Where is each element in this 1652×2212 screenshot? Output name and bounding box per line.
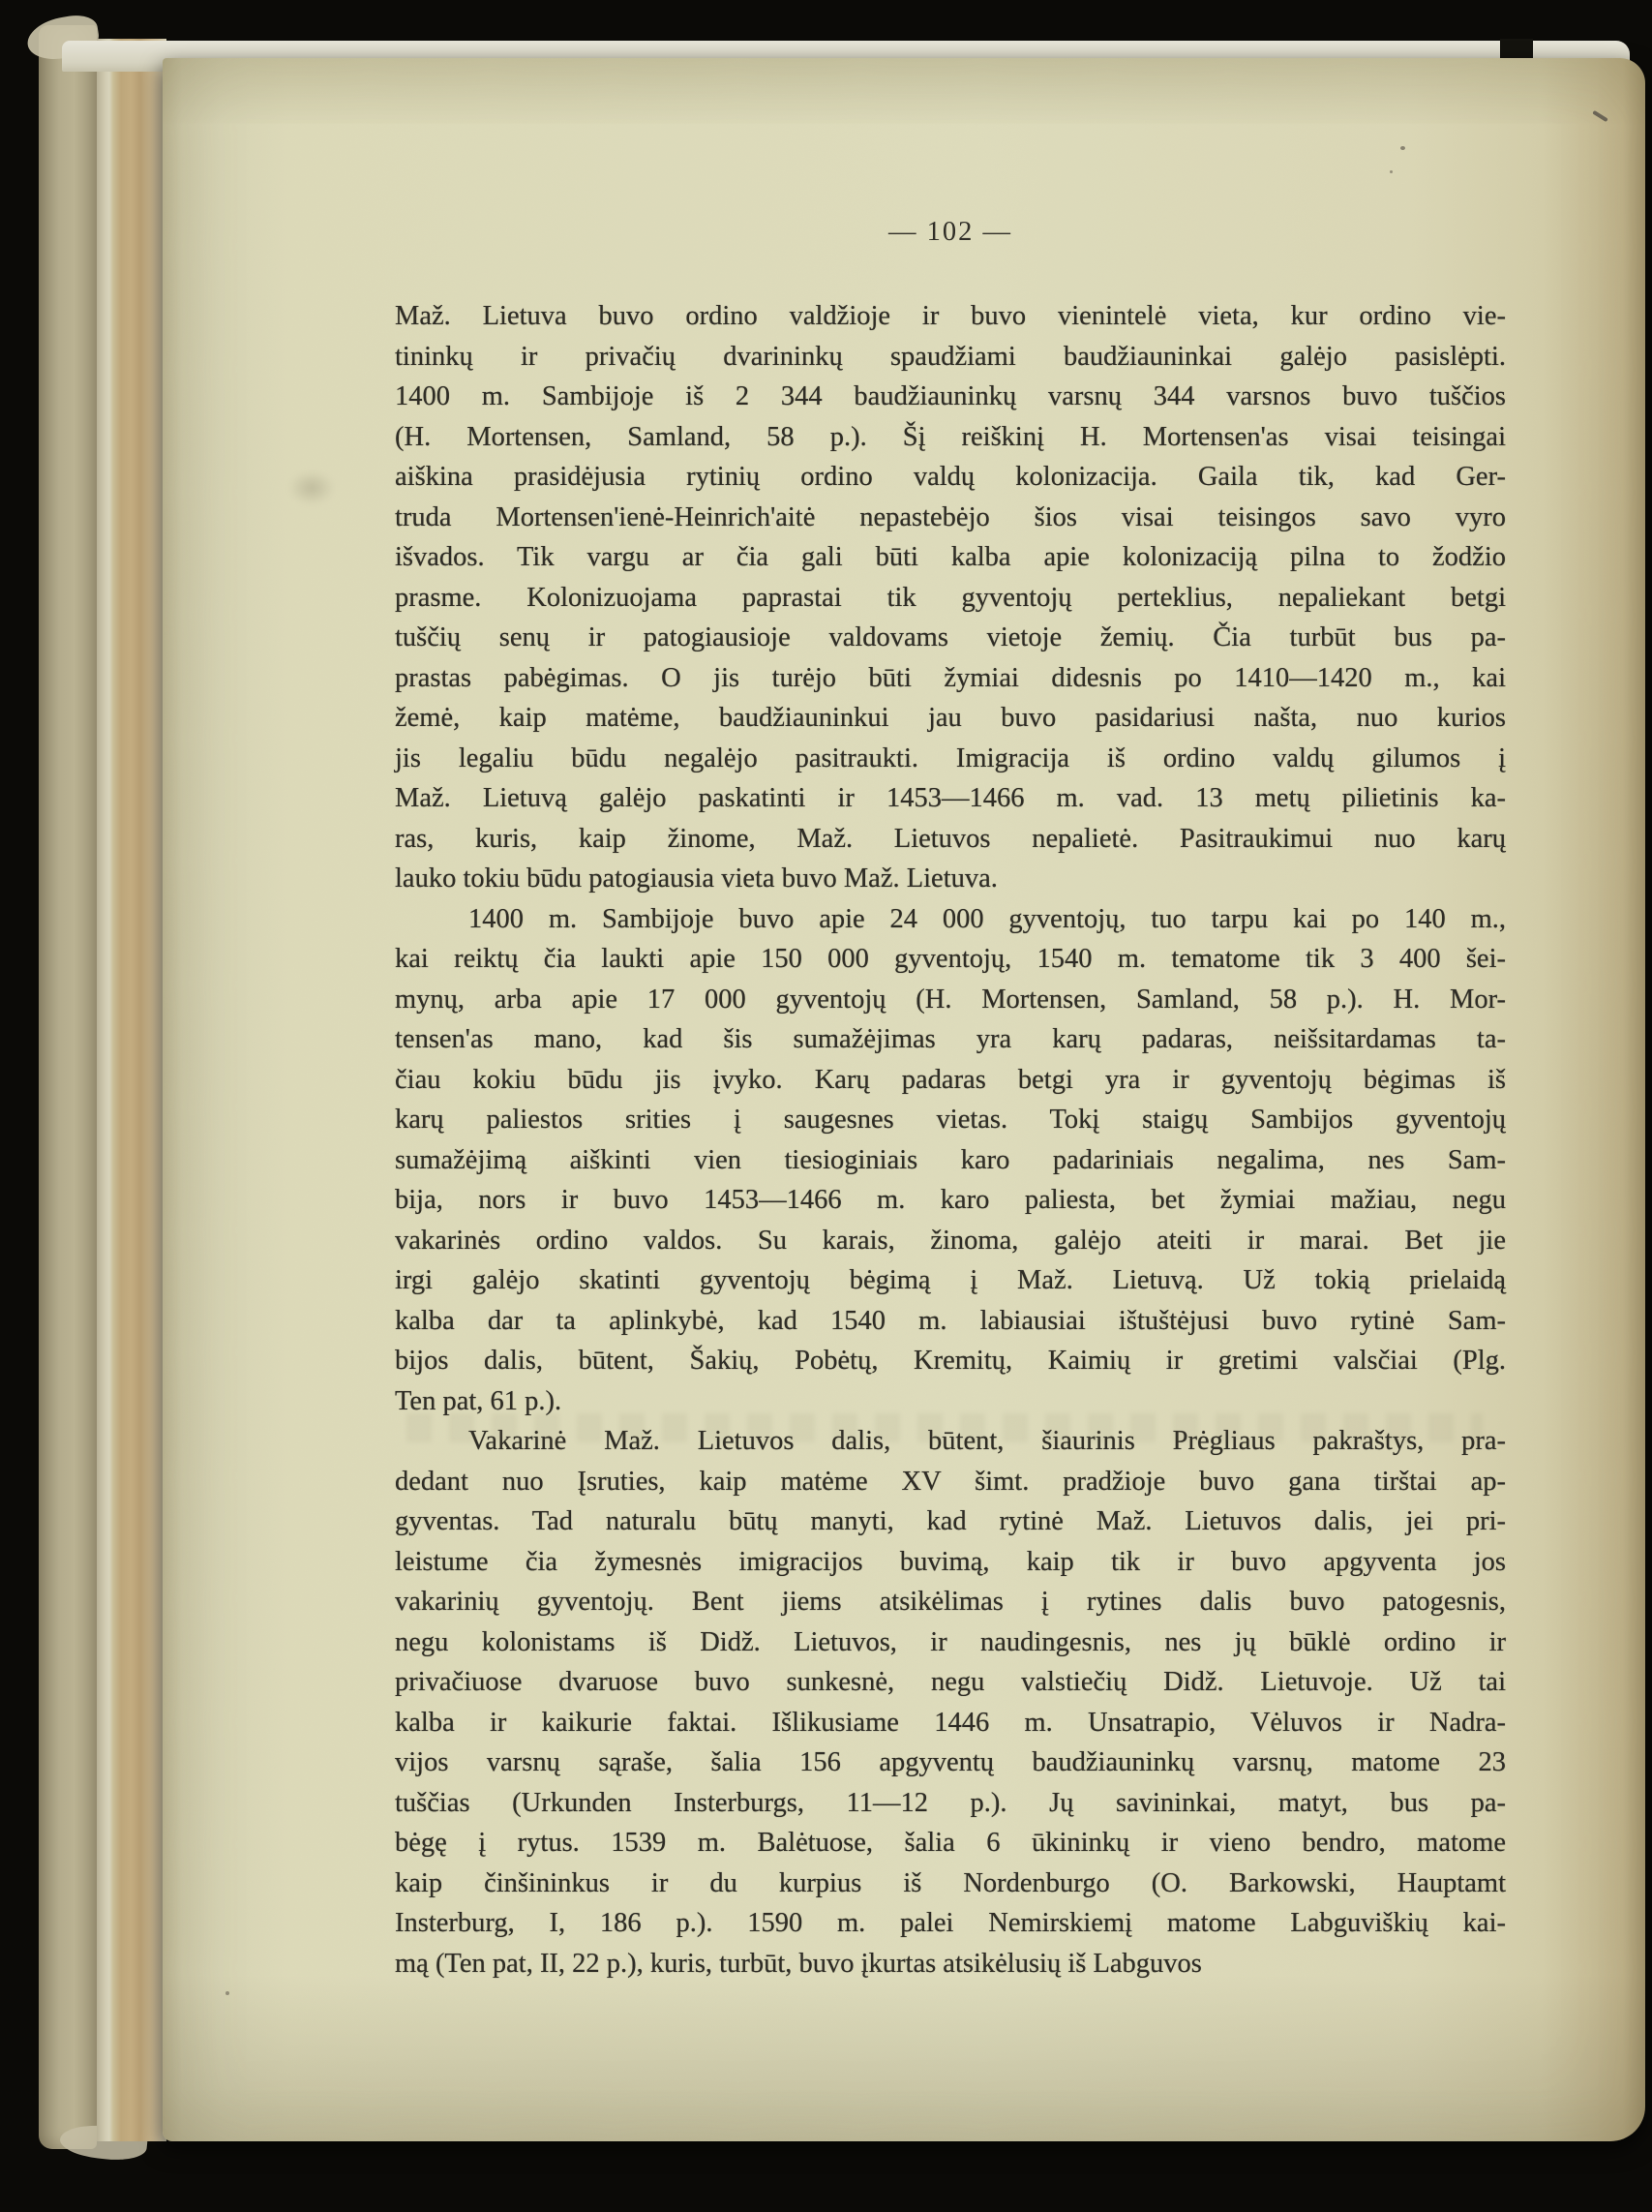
text-line: kalba ir kaikurie faktai. Išlikusiame 14… bbox=[395, 1703, 1506, 1743]
text-line: lauko tokiu būdu patogiausia vieta buvo … bbox=[395, 859, 1506, 899]
text-line: tensen'as mano, kad šis sumažėjimas yra … bbox=[395, 1019, 1506, 1060]
book-scan: { "page": { "number": "— 102 —", "lines"… bbox=[0, 0, 1652, 2212]
book-cover-edge bbox=[39, 25, 97, 2149]
text-line: vakarinės ordino valdos. Su karais, žino… bbox=[395, 1221, 1506, 1261]
text-line: Insterburg, I, 186 p.). 1590 m. palei Ne… bbox=[395, 1903, 1506, 1944]
text-line: aiškina prasidėjusia rytinių ordino vald… bbox=[395, 457, 1506, 498]
text-line: gyventas. Tad naturalu būtų manyti, kad … bbox=[395, 1501, 1506, 1542]
text-line: mynų, arba apie 17 000 gyventojų (H. Mor… bbox=[395, 980, 1506, 1020]
text-line: vakarinių gyventojų. Bent jiems atsikėli… bbox=[395, 1582, 1506, 1622]
text-line: jis legaliu būdu negalėjo pasitraukti. I… bbox=[395, 739, 1506, 779]
text-line: žemė, kaip matėme, baudžiauninkui jau bu… bbox=[395, 698, 1506, 739]
text-line: sumažėjimą aiškinti vien tiesioginiais k… bbox=[395, 1140, 1506, 1181]
text-line: irgi galėjo skatinti gyventojų bėgimą į … bbox=[395, 1260, 1506, 1301]
text-line: privačiuose dvaruose buvo sunkesnė, negu… bbox=[395, 1662, 1506, 1703]
text-line: 1400 m. Sambijoje buvo apie 24 000 gyven… bbox=[395, 899, 1506, 940]
text-line: bijos dalis, būtent, Šakių, Pobėtų, Krem… bbox=[395, 1341, 1506, 1381]
book-page: — 102 — Maž. Lietuva buvo ordino valdžio… bbox=[163, 58, 1645, 2141]
text-line: tuščių senų ir patogiausioje valdovams v… bbox=[395, 618, 1506, 658]
text-line: bija, nors ir buvo 1453—1466 m. karo pal… bbox=[395, 1180, 1506, 1221]
text-line: truda Mortensen'ienė-Heinrich'aitė nepas… bbox=[395, 498, 1506, 538]
text-line: ras, kuris, kaip žinome, Maž. Lietuvos n… bbox=[395, 819, 1506, 860]
text-line: 1400 m. Sambijoje iš 2 344 baudžiauninkų… bbox=[395, 377, 1506, 417]
paper-speck bbox=[1390, 170, 1393, 173]
paper-smudge bbox=[288, 470, 335, 505]
text-line: kaip činšininkus ir du kurpius iš Norden… bbox=[395, 1864, 1506, 1904]
text-line: tininkų ir privačių dvarininkų spaudžiam… bbox=[395, 337, 1506, 378]
page-text: Maž. Lietuva buvo ordino valdžioje ir bu… bbox=[395, 296, 1506, 1984]
text-line: išvados. Tik vargu ar čia gali būti kalb… bbox=[395, 537, 1506, 578]
text-line: leistume čia žymesnės imigracijos buvimą… bbox=[395, 1542, 1506, 1583]
text-line: Maž. Lietuvą galėjo paskatinti ir 1453—1… bbox=[395, 778, 1506, 819]
text-line: čiau kokiu būdu jis įvyko. Karų padaras … bbox=[395, 1060, 1506, 1101]
text-line: kai reiktų čia laukti apie 150 000 gyven… bbox=[395, 939, 1506, 980]
text-line: prastas pabėgimas. O jis turėjo būti žym… bbox=[395, 658, 1506, 699]
text-line: prasme. Kolonizuojama paprastai tik gyve… bbox=[395, 578, 1506, 619]
text-line: dedant nuo Įsruties, kaip matėme XV šimt… bbox=[395, 1462, 1506, 1502]
text-line: Maž. Lietuva buvo ordino valdžioje ir bu… bbox=[395, 296, 1506, 337]
text-line: tuščias (Urkunden Insterburgs, 11—12 p.)… bbox=[395, 1783, 1506, 1824]
text-line: vijos varsnų sąraše, šalia 156 apgyventų… bbox=[395, 1742, 1506, 1783]
text-line: mą (Ten pat, II, 22 p.), kuris, turbūt, … bbox=[395, 1944, 1506, 1985]
text-line: bėgę į rytus. 1539 m. Balėtuose, šalia 6… bbox=[395, 1823, 1506, 1864]
text-line: negu kolonistams iš Didž. Lietuvos, ir n… bbox=[395, 1622, 1506, 1663]
paper-speck bbox=[1400, 146, 1405, 150]
paper-speck bbox=[225, 1991, 229, 1995]
page-number: — 102 — bbox=[395, 217, 1506, 248]
text-line: (H. Mortensen, Samland, 58 p.). Šį reišk… bbox=[395, 417, 1506, 458]
text-line: karų paliestos srities į saugesnes vieta… bbox=[395, 1100, 1506, 1140]
bleed-through bbox=[406, 1413, 1483, 1442]
text-line: kalba dar ta aplinkybė, kad 1540 m. labi… bbox=[395, 1301, 1506, 1342]
page-edges bbox=[97, 39, 166, 2141]
